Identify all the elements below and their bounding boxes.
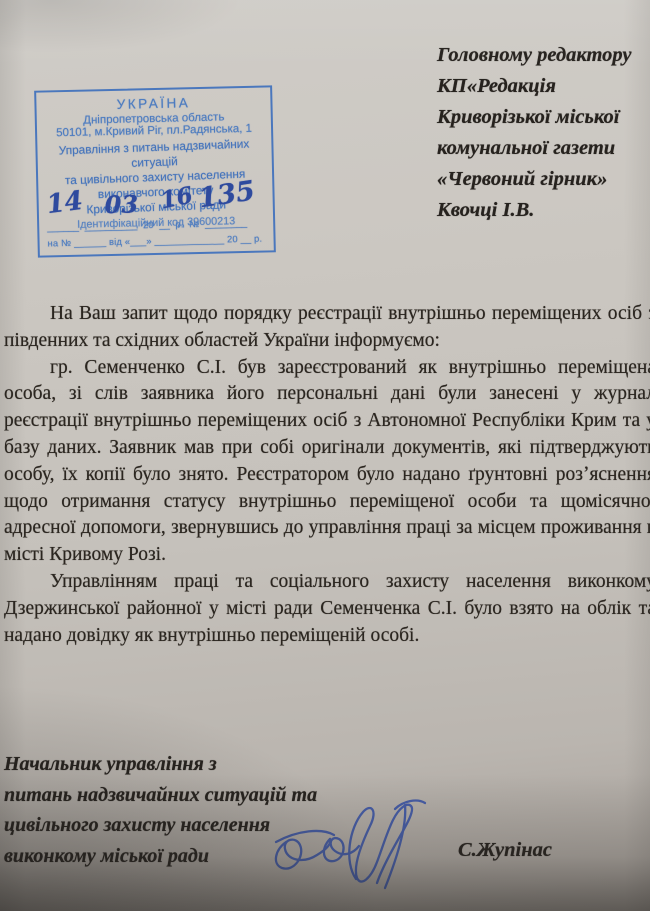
stamp-blank-month: __________ (84, 220, 137, 232)
body-line: південних та східних областей України ін… (4, 328, 650, 355)
stamp-blank-number: ________ (205, 218, 248, 230)
body-line: місті Кривому Розі. (4, 542, 650, 569)
handwritten-day: 14 (45, 186, 85, 220)
body-line: адресної допомоги, звернувшись до управл… (4, 515, 650, 542)
body-line: особа, зі слів заявника його персональні… (4, 381, 650, 408)
body-line: Дзержинської районної у місті ради Семен… (4, 596, 650, 623)
addressee-block: Головному редактору КП«Редакція Криворіз… (437, 40, 632, 226)
body-line: щодо отримання статусу внутрішньо перемі… (4, 489, 650, 516)
handwritten-signature-scribble (268, 792, 428, 892)
addressee-line: комунальної газети (437, 133, 632, 164)
letter-body: На Ваш запит щодо порядку реєстрації вну… (4, 301, 650, 649)
body-line: особу, їх копії було знято. Реєстратором… (4, 462, 650, 489)
stamp-blank-day: ______ (47, 222, 79, 234)
addressee-line: Криворізької міської (437, 102, 632, 133)
stamp-number-sign: № (189, 219, 199, 230)
body-line: реєстрації внутрішньо переміщених осіб з… (4, 408, 650, 435)
body-line: гр. Семенченко С.І. був зареєстрований я… (4, 355, 650, 382)
stamp-year-suffix: р. (175, 219, 183, 230)
stamp-bottom-line: на № ______ від «___» _____________ 20 _… (47, 233, 269, 248)
body-line: Управлінням праці та соціального захисту… (4, 569, 650, 596)
body-line: надано довідку як внутрішньо переміщеній… (4, 623, 650, 650)
body-line: На Ваш запит щодо порядку реєстрації вну… (4, 301, 650, 328)
stamp-blank-year: __ (159, 220, 170, 231)
body-line: базу даних. Заявник мав при собі оригіна… (4, 435, 650, 462)
addressee-line: «Червоний гірник» (437, 164, 632, 195)
addressee-line: Головному редактору (437, 40, 632, 71)
addressee-line: Квочці І.В. (437, 195, 632, 226)
handwritten-month: 03 (104, 189, 138, 219)
official-stamp: УКРАЇНА Дніпропетровська область 50101, … (34, 85, 276, 257)
scanned-letter-page: УКРАЇНА Дніпропетровська область 50101, … (0, 0, 650, 911)
signature-title-line: Начальник управління з (4, 749, 317, 780)
stamp-year-prefix: 20 (143, 220, 154, 231)
addressee-line: КП«Редакція (437, 71, 632, 102)
signer-name: С.Жупінас (458, 839, 552, 862)
